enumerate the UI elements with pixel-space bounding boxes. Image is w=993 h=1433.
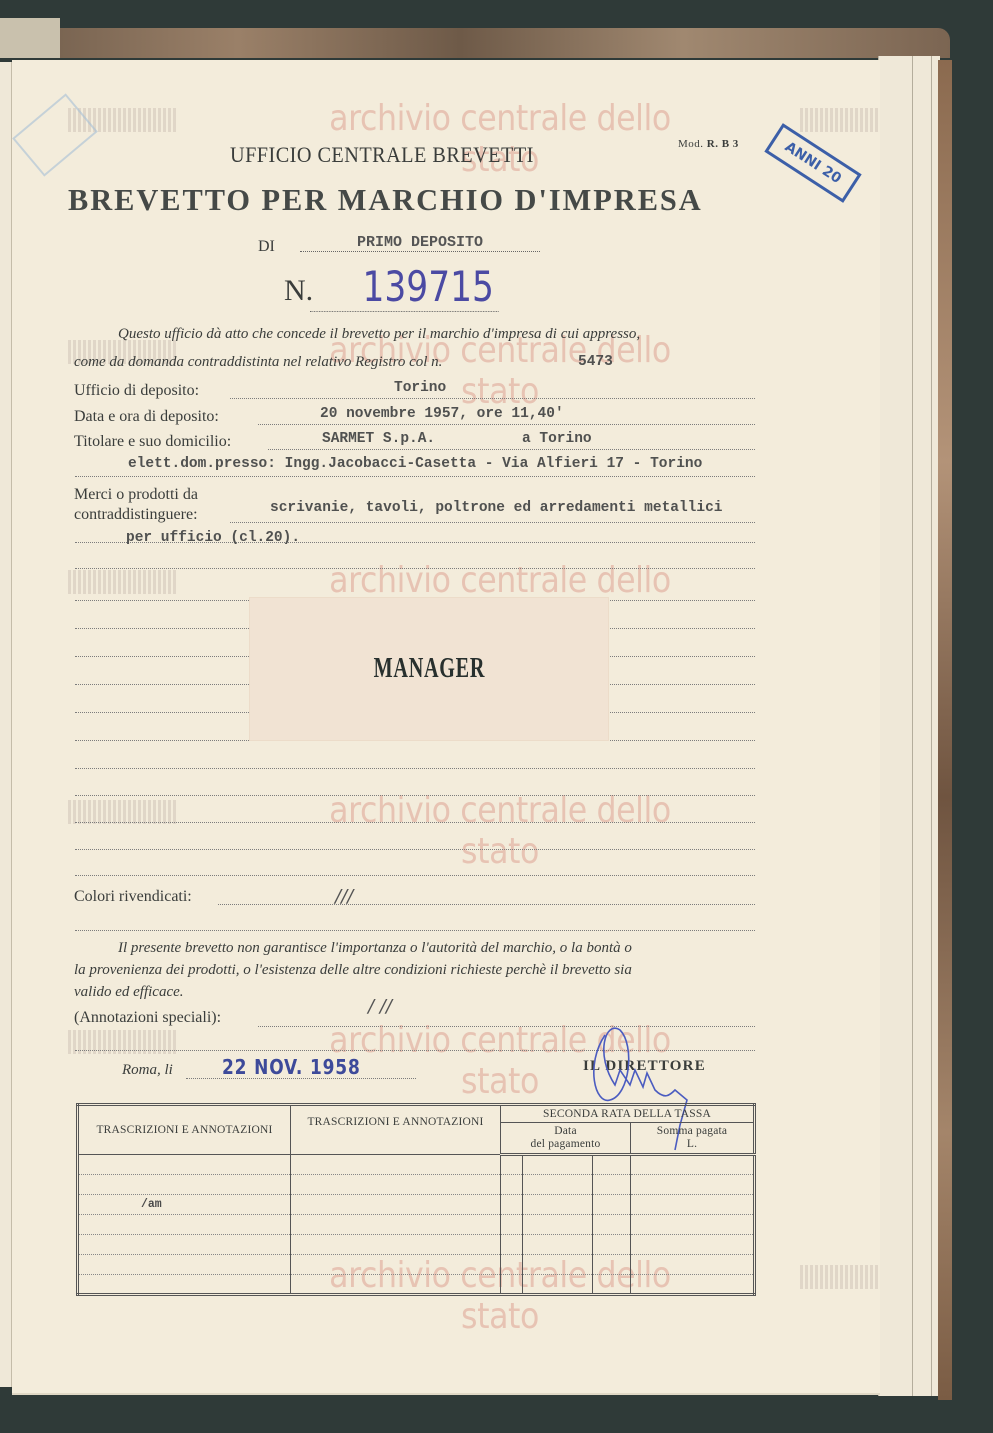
merci-label-1: Merci o prodotti da bbox=[74, 486, 198, 504]
col-header-amount-line2: L. bbox=[635, 1138, 749, 1151]
rule bbox=[75, 795, 755, 796]
fees-table: TRASCRIZIONI E ANNOTAZIONI TRASCRIZIONI … bbox=[76, 1103, 756, 1296]
merci-label-2: contraddistinguere: bbox=[74, 506, 198, 524]
titolare-label: Titolare e suo domicilio: bbox=[74, 433, 231, 451]
data-label: Data e ora di deposito: bbox=[74, 408, 219, 426]
initials: /am bbox=[78, 1195, 291, 1215]
merci-value-2: per ufficio (cl.20). bbox=[126, 530, 300, 546]
rule bbox=[218, 904, 755, 905]
domicilio-value: elett.dom.presso: Ingg.Jacobacci-Casetta… bbox=[128, 456, 702, 472]
table-row bbox=[78, 1255, 755, 1275]
trademark-name: MANAGER bbox=[373, 653, 484, 685]
col-group-header: SECONDA RATA DELLA TASSA bbox=[501, 1105, 755, 1123]
watermark-bars bbox=[800, 1265, 880, 1289]
rule bbox=[230, 522, 755, 523]
colori-label: Colori rivendicati: bbox=[74, 888, 192, 906]
table-row bbox=[78, 1235, 755, 1255]
previous-page-edge bbox=[0, 62, 12, 1387]
place-label: Roma, li bbox=[122, 1062, 173, 1079]
patent-number: 139715 bbox=[310, 262, 499, 312]
binder-corner bbox=[0, 18, 60, 58]
form-code-prefix: Mod. bbox=[678, 138, 704, 150]
colori-value: /// bbox=[335, 886, 353, 907]
document-title: BREVETTO PER MARCHIO D'IMPRESA bbox=[68, 182, 703, 218]
titolare-value: SARMET S.p.A. bbox=[322, 431, 435, 447]
rule bbox=[75, 476, 755, 477]
rule bbox=[75, 822, 755, 823]
number-label: N. bbox=[284, 274, 313, 308]
disclaimer-line-3: valido ed efficace. bbox=[74, 984, 184, 1001]
rule bbox=[75, 568, 755, 569]
col-header-date-line1: Data bbox=[505, 1125, 626, 1138]
rule bbox=[75, 930, 755, 931]
titolare-city: a Torino bbox=[522, 431, 592, 447]
col-header-amount-line1: Somma pagata bbox=[635, 1125, 749, 1138]
disclaimer-line-1: Il presente brevetto non garantisce l'im… bbox=[118, 940, 632, 957]
page-edges bbox=[878, 56, 940, 1396]
disclaimer-line-2: la provenienza dei prodotti, o l'esisten… bbox=[74, 962, 632, 979]
rule bbox=[75, 849, 755, 850]
office-heading: UFFICIO CENTRALE BREVETTI bbox=[230, 142, 534, 168]
table-row: /am bbox=[78, 1195, 755, 1215]
col-header-2: TRASCRIZIONI E ANNOTAZIONI bbox=[291, 1105, 501, 1155]
intro-line-2: come da domanda contraddistinta nel rela… bbox=[74, 354, 442, 371]
table-row bbox=[78, 1215, 755, 1235]
col-header-1: TRASCRIZIONI E ANNOTAZIONI bbox=[78, 1105, 291, 1155]
issue-date-stamp: 22 NOV. 1958 bbox=[222, 1055, 361, 1079]
table-row bbox=[78, 1275, 755, 1295]
rule bbox=[75, 768, 755, 769]
di-label: DI bbox=[258, 238, 275, 256]
watermark: archivio centrale dello stato bbox=[298, 790, 703, 872]
ufficio-label: Ufficio di deposito: bbox=[74, 382, 199, 400]
table-row bbox=[78, 1155, 755, 1175]
rule bbox=[75, 875, 755, 876]
rule bbox=[268, 449, 755, 450]
merci-value-1: scrivanie, tavoli, poltrone ed arredamen… bbox=[270, 500, 722, 516]
annotazioni-value: / // bbox=[368, 996, 392, 1017]
annotazioni-label: (Annotazioni speciali): bbox=[74, 1009, 221, 1027]
rule bbox=[230, 398, 755, 399]
rule bbox=[75, 740, 755, 741]
watermark-bars bbox=[68, 570, 178, 594]
col-header-date-line2: del pagamento bbox=[505, 1138, 626, 1151]
data-value: 20 novembre 1957, ore 11,40' bbox=[320, 406, 564, 422]
col-header-amount: Somma pagata L. bbox=[631, 1123, 755, 1155]
ufficio-value: Torino bbox=[394, 380, 446, 396]
intro-line-1: Questo ufficio dà atto che concede il br… bbox=[118, 326, 640, 343]
rule bbox=[258, 424, 755, 425]
form-code-value: R. B 3 bbox=[707, 138, 739, 150]
register-number: 5473 bbox=[578, 354, 613, 370]
trademark-slip: MANAGER bbox=[250, 598, 608, 740]
form-code: Mod. R. B 3 bbox=[678, 138, 739, 150]
watermark-bars bbox=[68, 800, 178, 824]
binder-spine-top bbox=[60, 28, 950, 58]
watermark-bars bbox=[800, 108, 880, 132]
deposit-type: PRIMO DEPOSITO bbox=[300, 234, 540, 252]
col-header-date: Data del pagamento bbox=[501, 1123, 631, 1155]
table-row bbox=[78, 1175, 755, 1195]
binder-spine-right bbox=[938, 60, 952, 1400]
